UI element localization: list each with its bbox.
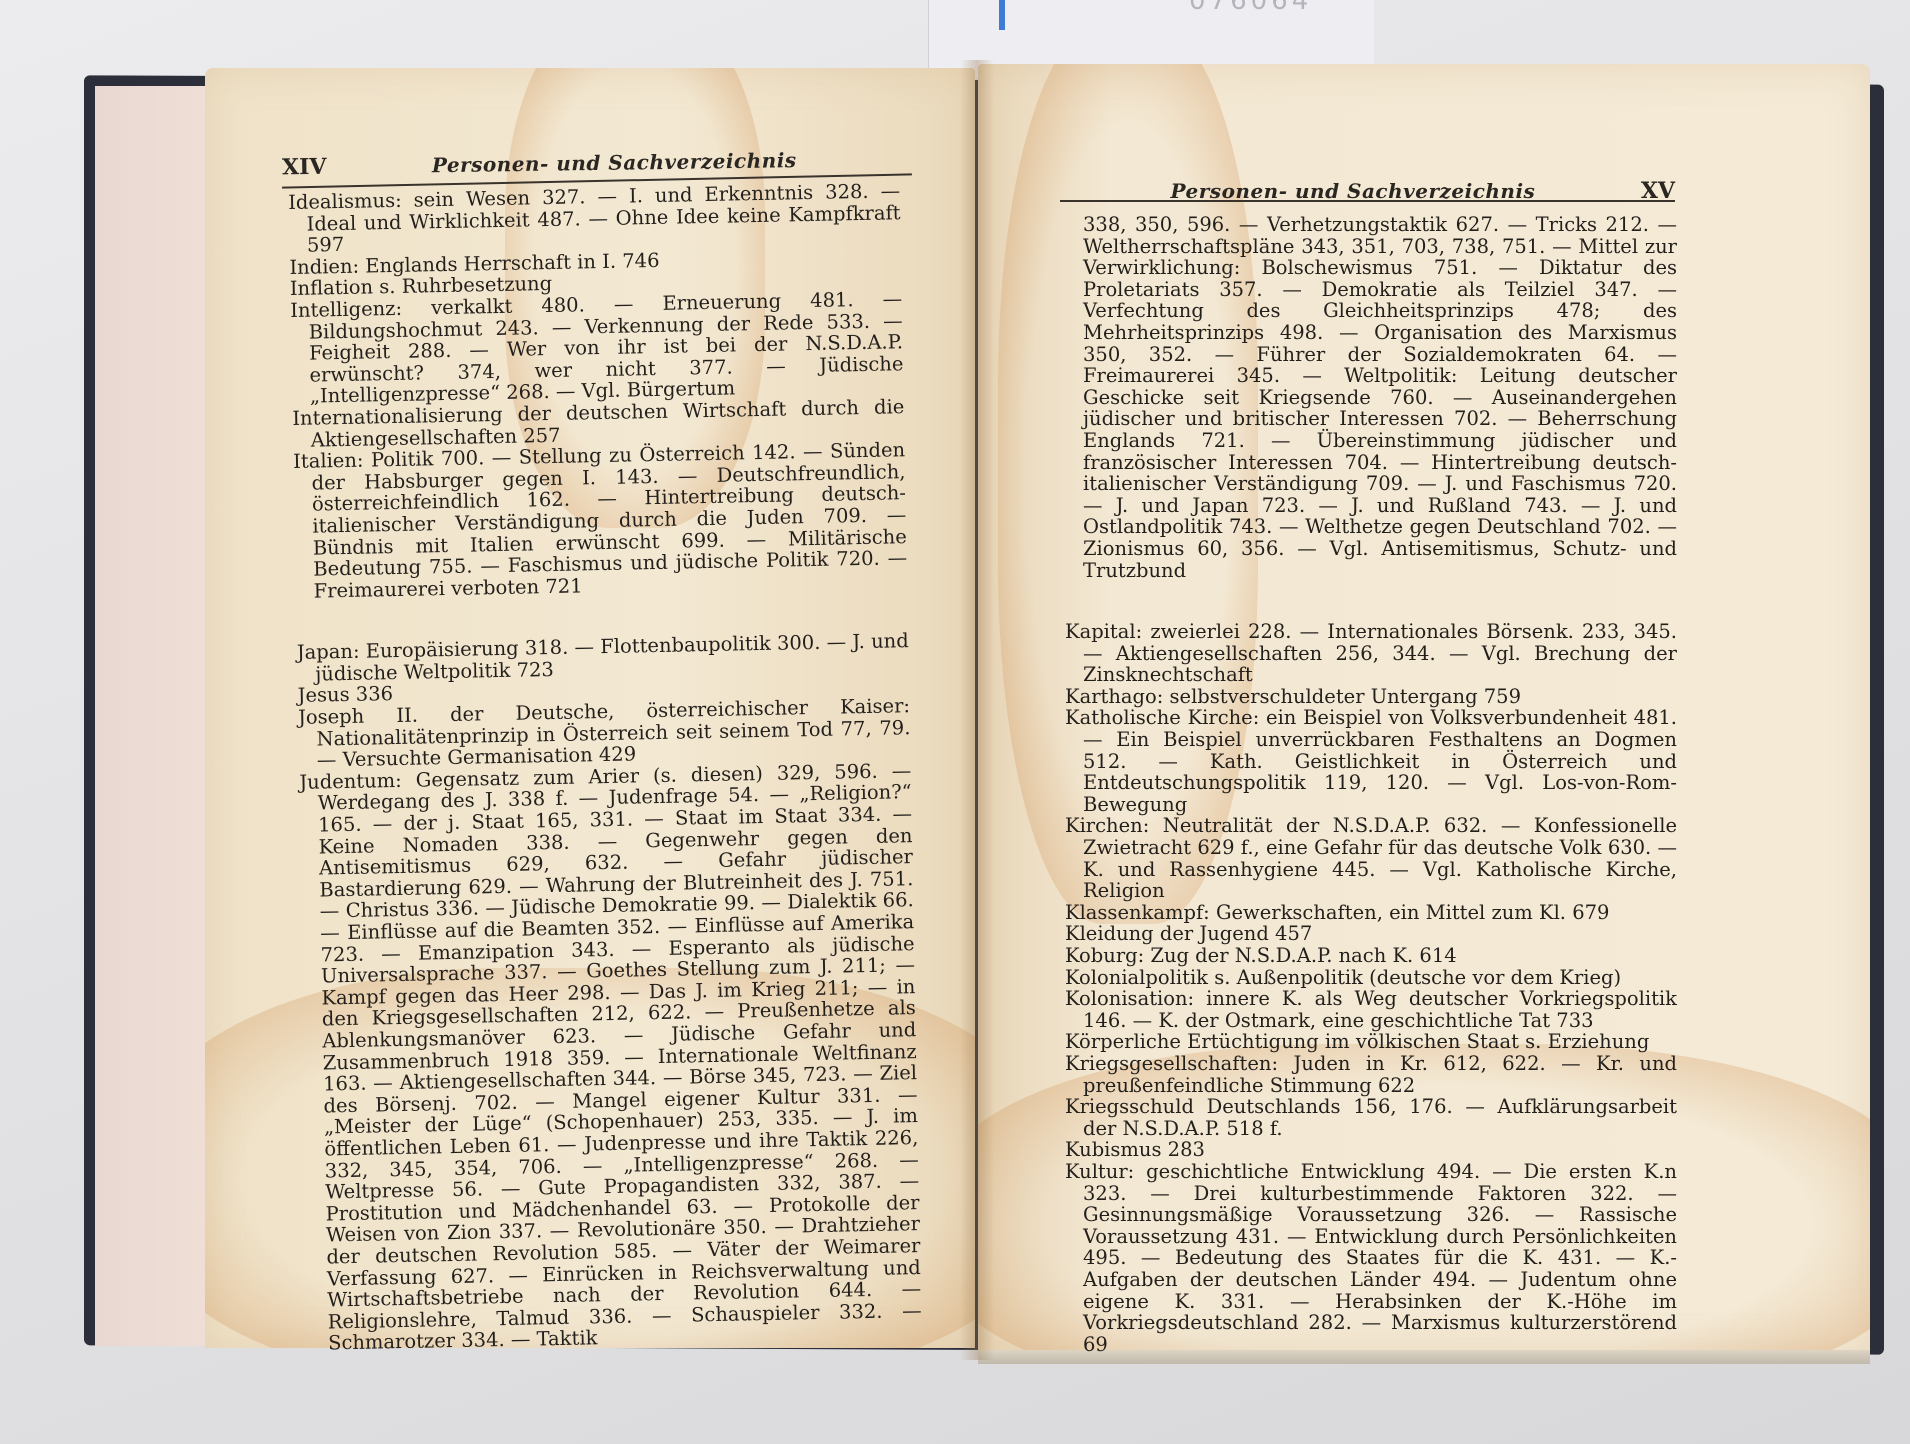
index-entry: Kubismus 283: [1065, 1139, 1677, 1161]
header-rule: [1060, 200, 1675, 202]
index-entry: Kriegsgesellschaften: Juden in Kr. 612, …: [1065, 1053, 1677, 1096]
index-entry-continuation: 338, 350, 596. — Verhetzungstaktik 627. …: [1065, 214, 1677, 581]
index-entry: Judentum: Gegensatz zum Arier (s. diesen…: [299, 760, 922, 1355]
catalog-number: 076064: [1189, 0, 1312, 16]
index-entry: Kleidung der Jugend 457: [1065, 923, 1677, 945]
index-entry: Idealismus: sein Wesen 327. — I. und Erk…: [288, 180, 901, 257]
index-entry: Katholische Kirche: ein Beispiel von Vol…: [1065, 707, 1677, 815]
index-entry: Kirchen: Neutralität der N.S.D.A.P. 632.…: [1065, 815, 1677, 901]
index-entry: Kolonialpolitik s. Außenpolitik (deutsch…: [1065, 967, 1677, 989]
index-entry: Kriegsschuld Deutschlands 156, 176. — Au…: [1065, 1096, 1677, 1139]
index-column-right: 338, 350, 596. — Verhetzungstaktik 627. …: [1065, 214, 1677, 1355]
index-entry: Klassenkampf: Gewerkschaften, ein Mittel…: [1065, 902, 1677, 924]
index-entry: Koburg: Zug der N.S.D.A.P. nach K. 614: [1065, 945, 1677, 967]
index-entry: Kapital: zweierlei 228. — Internationale…: [1065, 621, 1677, 686]
index-entry: Körperliche Ertüchtigung im völkischen S…: [1065, 1031, 1677, 1053]
index-column-left: Idealismus: sein Wesen 327. — I. und Erk…: [288, 180, 922, 1354]
index-entry: Intelligenz: verkalkt 480. — Erneuerung …: [290, 288, 904, 408]
index-entry: Italien: Politik 700. — Stellung zu Öste…: [293, 439, 908, 602]
flyleaf-edge: [95, 86, 215, 1346]
index-entry: Kultur: geschichtliche Entwicklung 494. …: [1065, 1161, 1677, 1355]
tag-blue-stripe: [999, 0, 1005, 30]
index-entry: Kolonisation: innere K. als Weg deutsche…: [1065, 988, 1677, 1031]
page-number-left: XIV: [282, 154, 327, 181]
book-gutter: [960, 60, 994, 1360]
index-entry: Karthago: selbstverschuldeter Untergang …: [1065, 686, 1677, 708]
